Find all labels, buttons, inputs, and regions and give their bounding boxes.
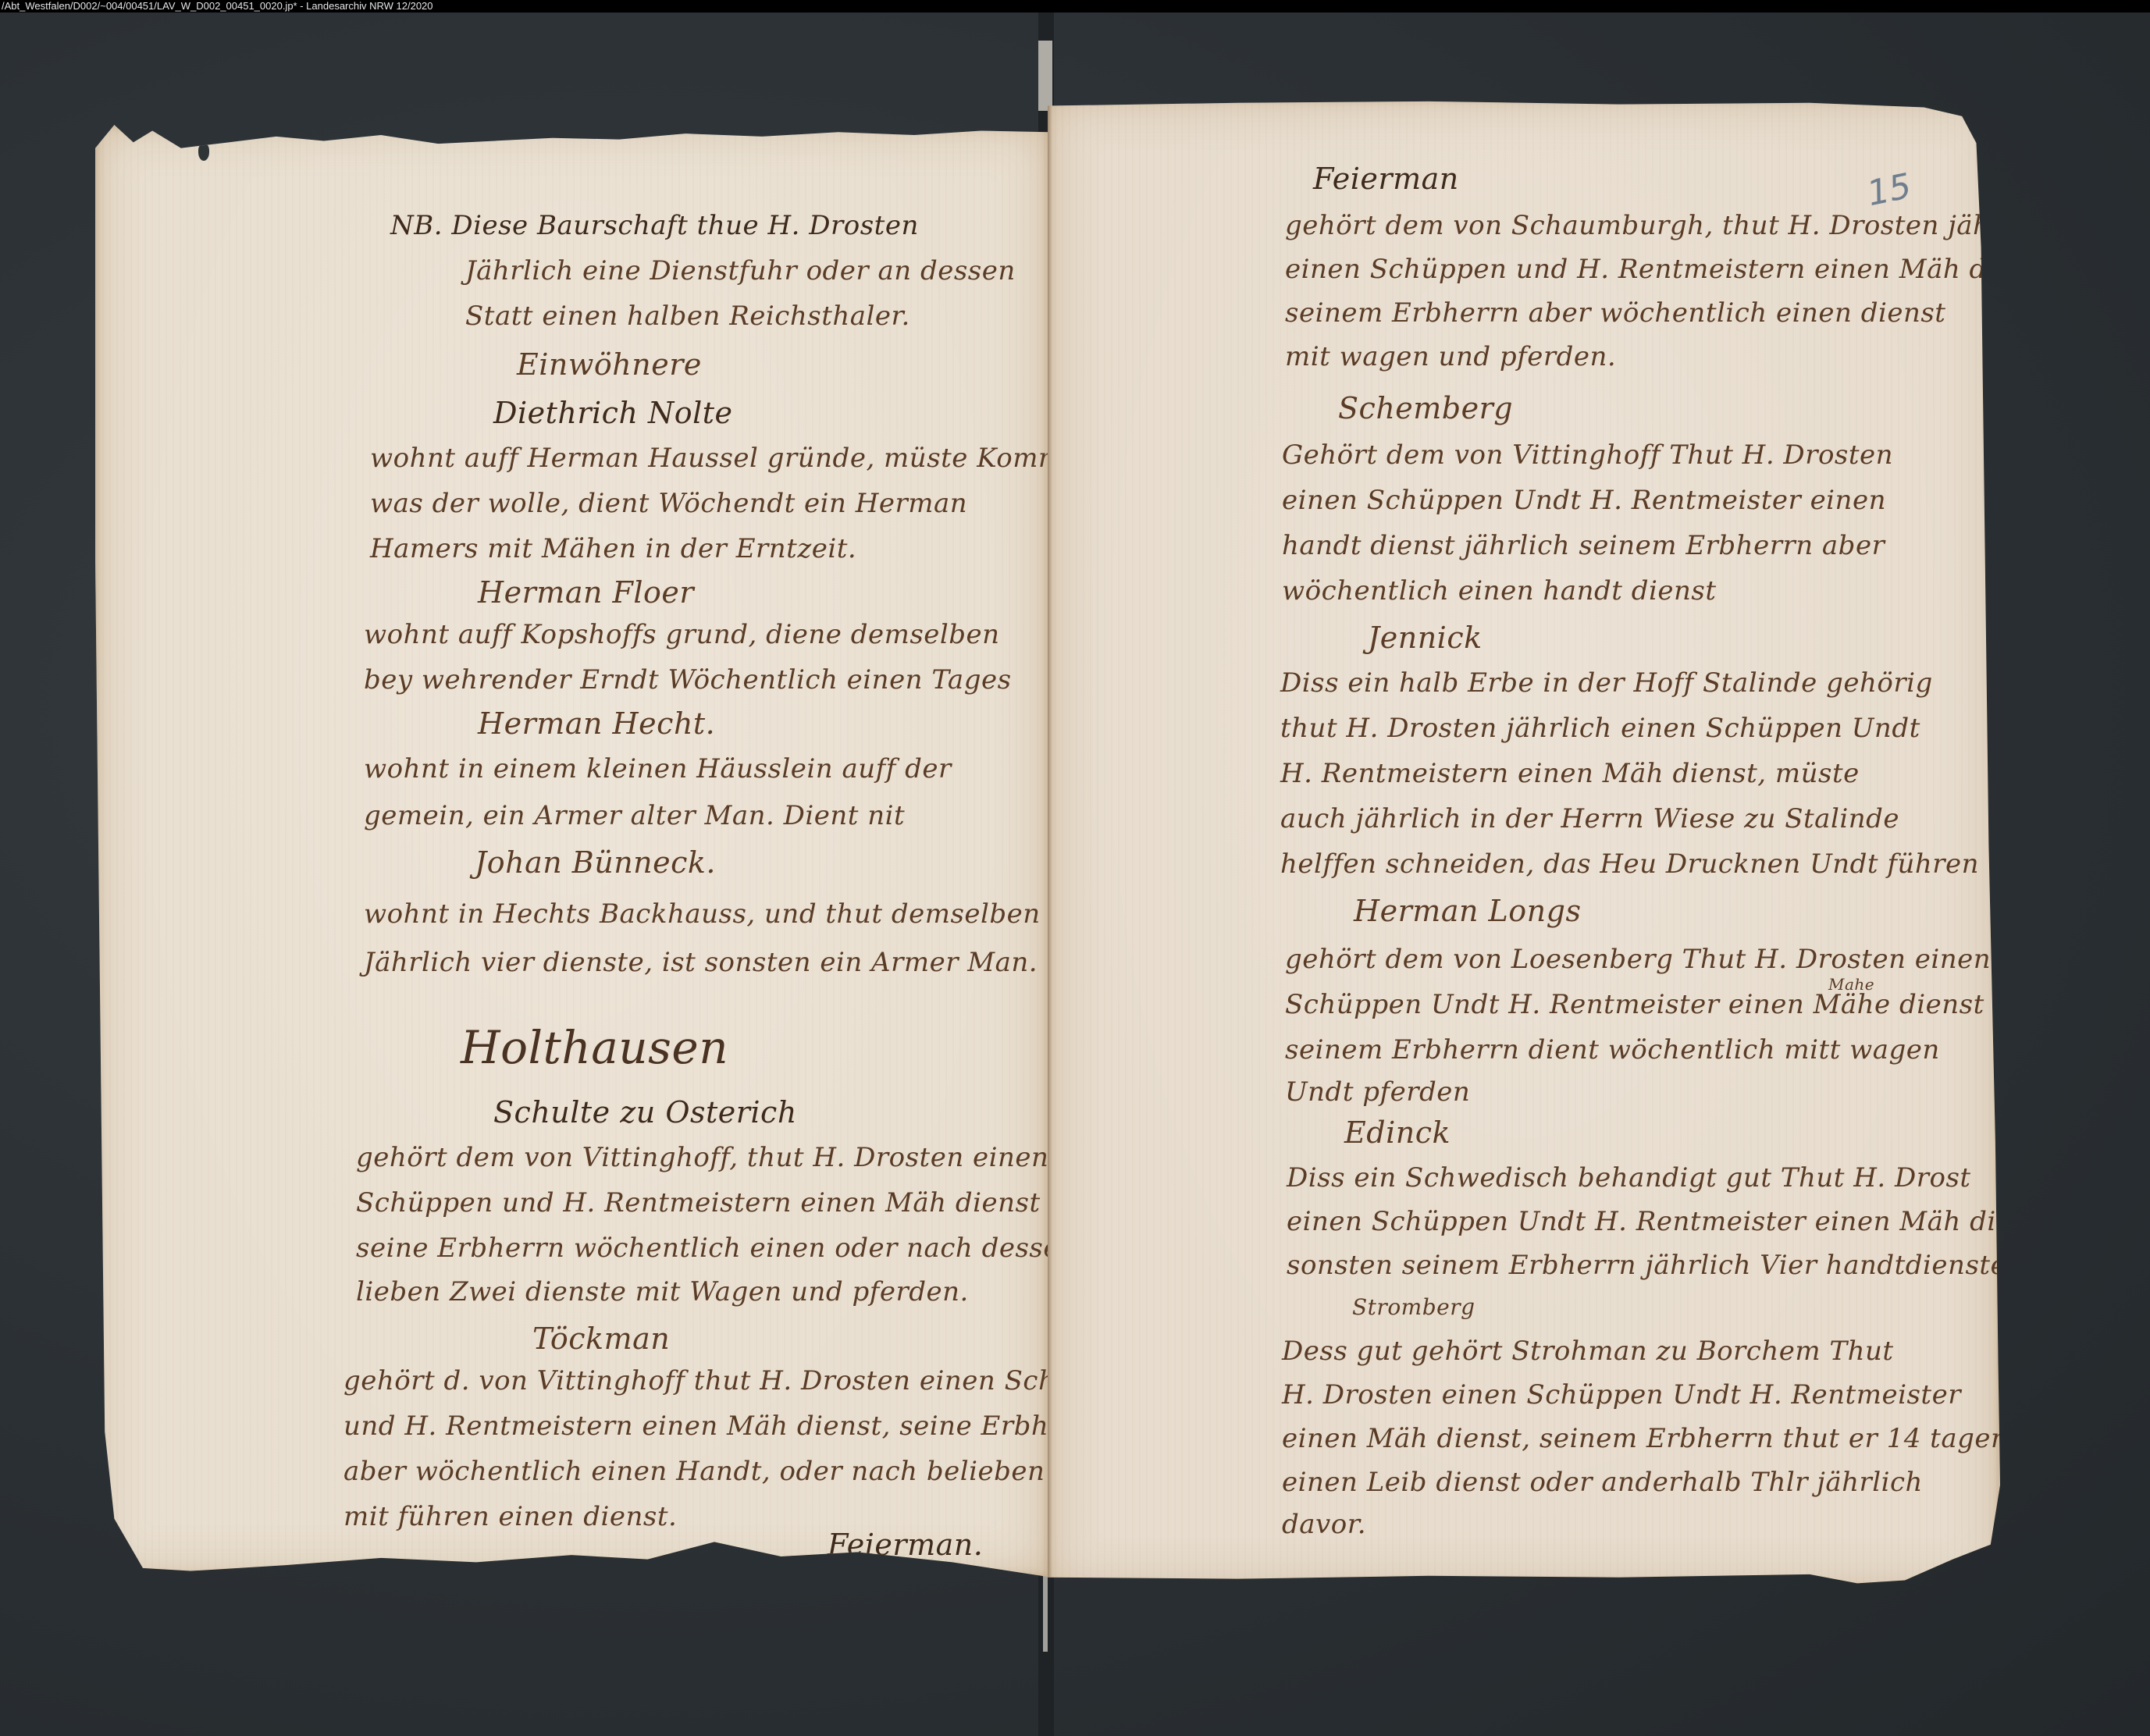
paper-hole [198,144,209,161]
text-line: Schüppen Undt H. Rentmeister einen Mähe … [1285,990,1984,1019]
entry-name: Edinck [1344,1118,1451,1147]
text-line: Jährlich vier dienste, ist sonsten ein A… [364,948,1038,977]
entry-name: Johan Bünneck. [475,848,716,877]
gutter-fold [1048,98,1052,1589]
text-line: wohnt auff Herman Haussel gründe, müste … [370,443,1098,473]
text-line: Dess gut gehört Strohman zu Borchem Thut [1282,1336,1894,1366]
section-heading: Einwöhnere [517,350,702,379]
text-line: wohnt auff Kopshoffs grund, diene demsel… [364,620,1000,649]
text-line: auch jährlich in der Herrn Wiese zu Stal… [1280,804,1899,834]
text-line: Diss ein Schwedisch behandigt gut Thut H… [1287,1163,1971,1193]
entry-name: Feierman [1313,164,1459,194]
text-line: bey wehrender Erndt Wöchentlich einen Ta… [364,665,1012,695]
file-path-title: /Abt_Westfalen/D002/~004/00451/LAV_W_D00… [2,0,433,12]
text-line: gehört dem von Schaumburgh, thut H. Dros… [1285,211,2054,240]
text-line: davor. [1282,1510,1366,1539]
text-line: Hamers mit Mähen in der Erntzeit. [370,534,856,564]
entry-name: Herman Floer [478,578,694,607]
text-line: Statt einen halben Reichsthaler. [465,301,910,331]
text-line: einen Schüppen Undt H. Rentmeister einen… [1287,1207,2055,1236]
text-line: wohnt in einem kleinen Häusslein auff de… [364,754,952,784]
text-line: einen Schüppen und H. Rentmeistern einen… [1285,254,2054,284]
entry-name: Jennick [1368,623,1483,653]
text-line: helffen schneiden, das Heu Drucknen Undt… [1280,849,1979,879]
text-line: gemein, ein Armer alter Man. Dient nit [364,801,905,831]
text-line: Jährlich eine Dienstfuhr oder an dessen [465,256,1016,286]
text-line: handt dienst jährlich seinem Erbherrn ab… [1282,531,1885,560]
text-line: seinem Erbherrn aber wöchentlich einen d… [1285,298,1945,328]
text-line: Schüppen und H. Rentmeistern einen Mäh d… [356,1188,1041,1218]
place-heading: Holthausen [461,1023,728,1073]
text-line: Undt pferden [1285,1077,1470,1107]
text-line: seinem Erbherrn dient wöchentlich mitt w… [1285,1035,1940,1065]
text-line: seine Erbherrn wöchentlich einen oder na… [356,1233,1129,1263]
text-line: einen Schüppen Undt H. Rentmeister einen [1282,486,1886,515]
text-line: mit wagen und pferden. [1285,342,1616,372]
entry-name: Herman Hecht. [478,709,715,738]
text-line: einen Mäh dienst, seinem Erbherrn thut e… [1282,1424,2008,1453]
entry-name: Töckman [532,1324,670,1354]
entry-name: Schulte zu Osterich [493,1097,797,1127]
window-title-bar: /Abt_Westfalen/D002/~004/00451/LAV_W_D00… [0,0,2150,12]
entry-name: Herman Longs [1354,896,1581,926]
text-line: lieben Zwei dienste mit Wagen und pferde… [356,1277,969,1307]
right-page: 15 Feierman gehört dem von Schaumburgh, … [1048,98,2000,1589]
seam-strip-top [1038,41,1052,111]
text-line: NB. Diese Baurschaft thue H. Drosten [390,211,919,240]
text-line: mit führen einen dienst. [344,1502,677,1531]
text-line: und H. Rentmeistern einen Mäh dienst, se… [344,1411,1109,1441]
text-line: Diss ein halb Erbe in der Hoff Stalinde … [1280,668,1933,698]
text-line: gehört dem von Loesenberg Thut H. Droste… [1285,944,1991,974]
text-line: sonsten seinem Erbherrn jährlich Vier ha… [1287,1250,2006,1280]
entry-name: Schemberg [1338,393,1513,423]
seam-strip-bottom [1043,1574,1048,1652]
entry-name: Diethrich Nolte [493,398,733,428]
text-line: wöchentlich einen handt dienst [1282,576,1716,606]
text-line: gehört d. von Vittinghoff thut H. Droste… [344,1366,1141,1396]
text-line: aber wöchentlich einen Handt, oder nach … [344,1457,1045,1486]
text-line: wohnt in Hechts Backhauss, und thut dems… [364,899,1041,929]
left-page: NB. Diese Baurschaft thue H. Drosten Jäh… [95,125,1048,1577]
entry-name: Stromberg [1352,1293,1475,1322]
text-line: Gehört dem von Vittinghoff Thut H. Drost… [1282,440,1893,470]
text-line: H. Drosten einen Schüppen Undt H. Rentme… [1282,1380,1961,1410]
text-line: H. Rentmeistern einen Mäh dienst, müste [1280,759,1860,788]
text-line: einen Leib dienst oder anderhalb Thlr jä… [1282,1467,1923,1497]
text-line: gehört dem von Vittinghoff, thut H. Dros… [356,1143,1048,1172]
text-line: was der wolle, dient Wöchendt ein Herman [370,489,967,518]
folio-number: 15 [1863,166,1914,215]
text-line: thut H. Drosten jährlich einen Schüppen … [1280,713,1920,743]
